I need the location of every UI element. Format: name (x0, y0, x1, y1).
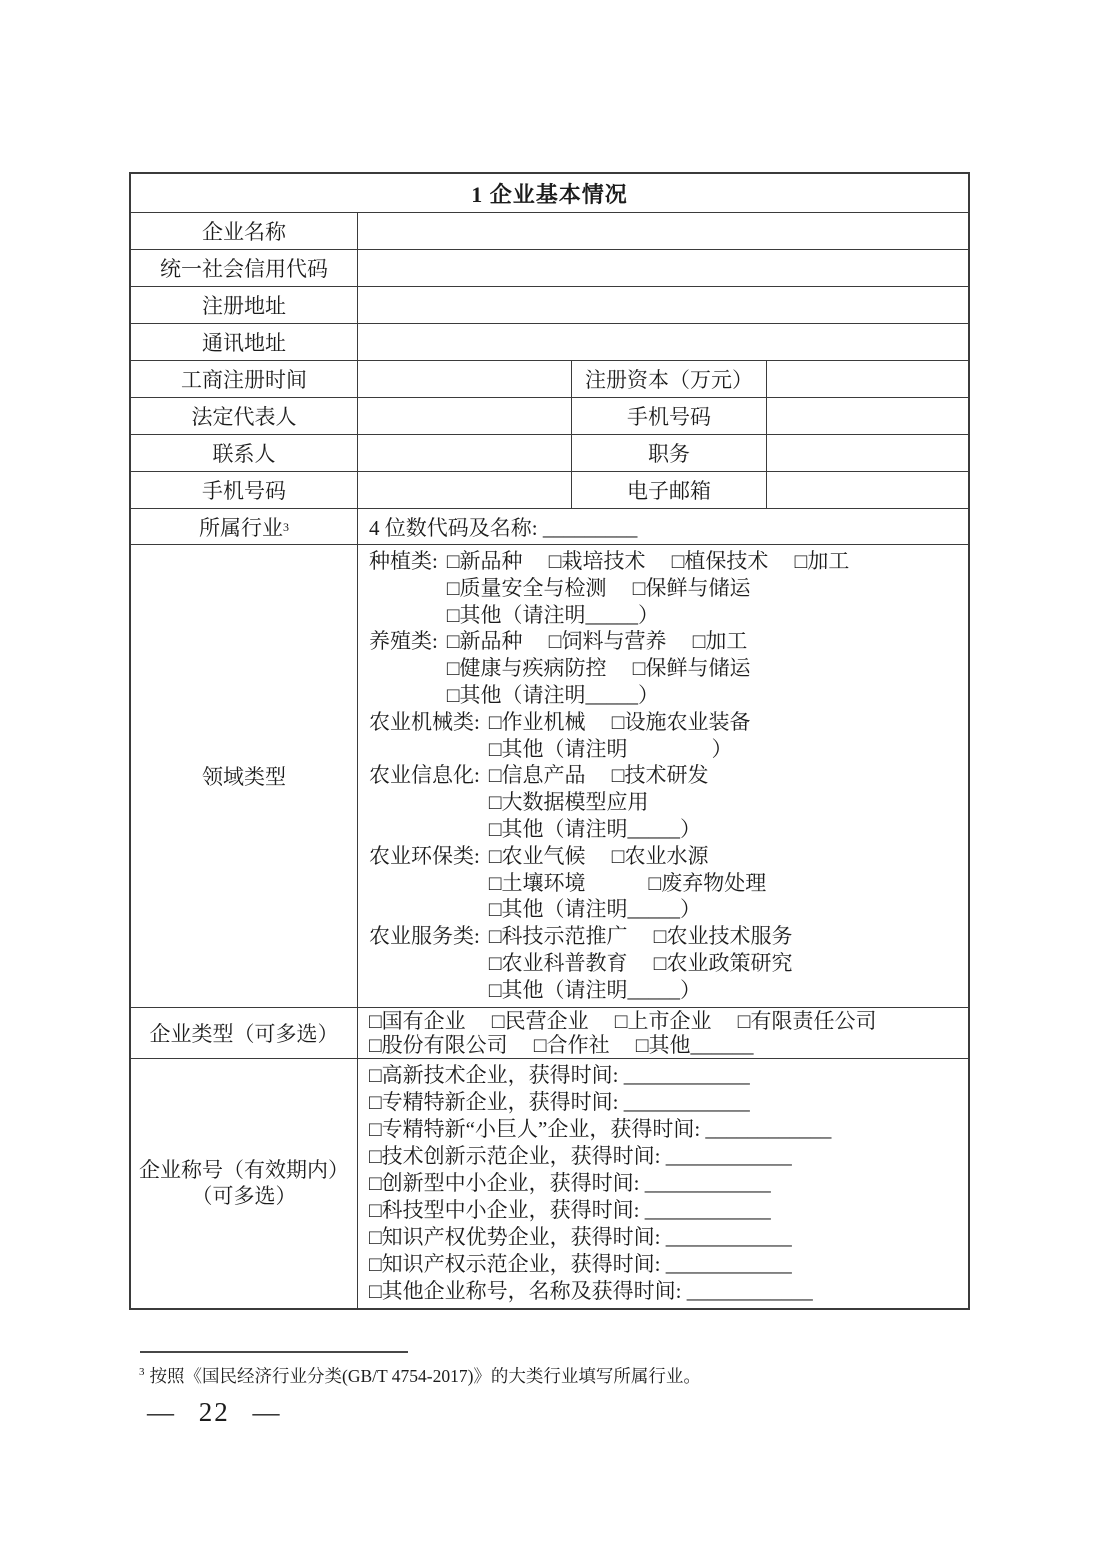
group-label: 农业服务类: (369, 923, 480, 1003)
checkbox-line: □新品种 □栽培技术 □植保技术 □加工 (447, 548, 850, 575)
checkbox-line: □知识产权优势企业，获得时间: ____________ (369, 1224, 957, 1251)
row-label: 手机号码 (131, 472, 358, 508)
domain-group-services: 农业服务类: □科技示范推广 □农业技术服务 □农业科普教育 □农业政策研究 □… (369, 923, 957, 1003)
group-label: 农业机械类: (369, 709, 480, 763)
footnote-separator (140, 1351, 408, 1353)
row-label: 职务 (572, 435, 767, 471)
table-row-enterprise-type: 企业类型（可多选） □国有企业 □民营企业 □上市企业 □有限责任公司 □股份有… (131, 1007, 968, 1058)
checkbox-line: □科技示范推广 □农业技术服务 (489, 923, 793, 950)
honor-label-line: 企业称号（有效期内） (139, 1157, 349, 1183)
checkbox-line: □知识产权示范企业，获得时间: ____________ (369, 1251, 957, 1278)
table-row-mobile-email: 手机号码 电子邮箱 (131, 471, 968, 508)
checkbox-line: □质量安全与检测 □保鲜与储运 (447, 575, 850, 602)
page-number: — 22 — (147, 1397, 282, 1428)
group-options: □新品种 □栽培技术 □植保技术 □加工 □质量安全与检测 □保鲜与储运 □其他… (447, 548, 850, 628)
row-label: 企业称号（有效期内） （可多选） (131, 1059, 358, 1308)
row-value-blank (767, 472, 968, 508)
checkbox-line: □信息产品 □技术研发 (489, 762, 709, 789)
checkbox-line: □农业科普教育 □农业政策研究 (489, 950, 793, 977)
checkbox-line: □作业机械 □设施农业装备 (489, 709, 751, 736)
checkbox-line: □健康与疾病防控 □保鲜与储运 (447, 655, 751, 682)
row-value-blank (767, 435, 968, 471)
group-options: □科技示范推广 □农业技术服务 □农业科普教育 □农业政策研究 □其他（请注明_… (489, 923, 793, 1003)
row-value-blank (358, 213, 968, 249)
row-label: 所属行业3 (131, 509, 358, 544)
group-options: □信息产品 □技术研发 □大数据模型应用 □其他（请注明_____） (489, 762, 709, 842)
enterprise-honor-options: □高新技术企业，获得时间: ____________ □专精特新企业，获得时间:… (358, 1059, 968, 1308)
table-row-domain-type: 领域类型 种植类: □新品种 □栽培技术 □植保技术 □加工 □质量安全与检测 … (131, 544, 968, 1007)
row-label: 企业名称 (131, 213, 358, 249)
footnote: 3按照《国民经济行业分类(GB/T 4754-2017)》的大类行业填写所属行业… (139, 1363, 701, 1388)
row-value-blank (767, 398, 968, 434)
row-value-blank (358, 287, 968, 323)
table-row-mailing-address: 通讯地址 (131, 323, 968, 360)
table-row-legal-representative-phone: 法定代表人 手机号码 (131, 397, 968, 434)
row-label: 工商注册时间 (131, 361, 358, 397)
row-value-blank (358, 472, 572, 508)
checkbox-line: □专精特新企业，获得时间: ____________ (369, 1089, 957, 1116)
table-row-company-name: 企业名称 (131, 212, 968, 249)
row-value-blank (358, 398, 572, 434)
group-label: 农业信息化: (369, 762, 480, 842)
row-label: 注册资本（万元） (572, 361, 767, 397)
row-value-blank (358, 361, 572, 397)
checkbox-line: □国有企业 □民营企业 □上市企业 □有限责任公司 (369, 1009, 957, 1033)
row-label: 手机号码 (572, 398, 767, 434)
checkbox-line: □农业气候 □农业水源 (489, 843, 766, 870)
row-label: 领域类型 (131, 545, 358, 1007)
table-title: 1 企业基本情况 (471, 178, 628, 209)
footnote-text: 按照《国民经济行业分类(GB/T 4754-2017)》的大类行业填写所属行业。 (150, 1366, 701, 1386)
row-value-blank (358, 435, 572, 471)
domain-group-planting: 种植类: □新品种 □栽培技术 □植保技术 □加工 □质量安全与检测 □保鲜与储… (369, 548, 957, 628)
industry-code-field: 4 位数代码及名称: _________ (358, 509, 968, 544)
group-label: 养殖类: (369, 628, 438, 708)
enterprise-type-options: □国有企业 □民营企业 □上市企业 □有限责任公司 □股份有限公司 □合作社 □… (358, 1008, 968, 1058)
row-label: 联系人 (131, 435, 358, 471)
checkbox-line: □土壤环境 □废弃物处理 (489, 870, 766, 897)
checkbox-line: □其他（请注明_____） (489, 896, 766, 923)
table-title-row: 1 企业基本情况 (131, 174, 968, 212)
domain-group-breeding: 养殖类: □新品种 □饲料与营养 □加工 □健康与疾病防控 □保鲜与储运 □其他… (369, 628, 957, 708)
table-row-registered-address: 注册地址 (131, 286, 968, 323)
group-options: □新品种 □饲料与营养 □加工 □健康与疾病防控 □保鲜与储运 □其他（请注明_… (447, 628, 751, 708)
checkbox-line: □专精特新“小巨人”企业，获得时间: ____________ (369, 1116, 957, 1143)
checkbox-line: □股份有限公司 □合作社 □其他______ (369, 1033, 957, 1057)
checkbox-line: □其他（请注明_____） (447, 682, 751, 709)
checkbox-line: □科技型中小企业，获得时间: ____________ (369, 1197, 957, 1224)
domain-group-machinery: 农业机械类: □作业机械 □设施农业装备 □其他（请注明 ） (369, 709, 957, 763)
table-row-contact-person-position: 联系人 职务 (131, 434, 968, 471)
row-label: 通讯地址 (131, 324, 358, 360)
domain-group-informatization: 农业信息化: □信息产品 □技术研发 □大数据模型应用 □其他（请注明_____… (369, 762, 957, 842)
row-label: 电子邮箱 (572, 472, 767, 508)
row-value-blank (358, 324, 968, 360)
row-label: 企业类型（可多选） (131, 1008, 358, 1058)
table-row-registration-time-capital: 工商注册时间 注册资本（万元） (131, 360, 968, 397)
checkbox-line: □其他（请注明_____） (447, 602, 850, 629)
document-page: 1 企业基本情况 企业名称 统一社会信用代码 注册地址 通讯地址 工商注册时间 … (0, 0, 1102, 1559)
domain-group-environment: 农业环保类: □农业气候 □农业水源 □土壤环境 □废弃物处理 □其他（请注明_… (369, 843, 957, 923)
checkbox-line: □高新技术企业，获得时间: ____________ (369, 1062, 957, 1089)
group-options: □农业气候 □农业水源 □土壤环境 □废弃物处理 □其他（请注明_____） (489, 843, 766, 923)
checkbox-line: □其他（请注明 ） (489, 736, 751, 763)
checkbox-line: □技术创新示范企业，获得时间: ____________ (369, 1143, 957, 1170)
row-label: 注册地址 (131, 287, 358, 323)
checkbox-line: □其他企业称号，名称及获得时间: ____________ (369, 1278, 957, 1305)
row-value-blank (767, 361, 968, 397)
industry-label: 所属行业 (199, 512, 283, 542)
checkbox-line: □创新型中小企业，获得时间: ____________ (369, 1170, 957, 1197)
group-label: 种植类: (369, 548, 438, 628)
checkbox-line: □其他（请注明_____） (489, 816, 709, 843)
checkbox-line: □其他（请注明_____） (489, 977, 793, 1004)
table-row-credit-code: 统一社会信用代码 (131, 249, 968, 286)
group-options: □作业机械 □设施农业装备 □其他（请注明 ） (489, 709, 751, 763)
checkbox-line: □新品种 □饲料与营养 □加工 (447, 628, 751, 655)
row-value-blank (358, 250, 968, 286)
table-row-industry: 所属行业3 4 位数代码及名称: _________ (131, 508, 968, 544)
domain-type-options: 种植类: □新品种 □栽培技术 □植保技术 □加工 □质量安全与检测 □保鲜与储… (358, 545, 968, 1007)
row-label: 统一社会信用代码 (131, 250, 358, 286)
checkbox-line: □大数据模型应用 (489, 789, 709, 816)
row-label: 法定代表人 (131, 398, 358, 434)
table-row-enterprise-honors: 企业称号（有效期内） （可多选） □高新技术企业，获得时间: _________… (131, 1058, 968, 1308)
enterprise-basic-info-table: 1 企业基本情况 企业名称 统一社会信用代码 注册地址 通讯地址 工商注册时间 … (129, 172, 970, 1310)
footnote-marker: 3 (139, 1366, 145, 1378)
group-label: 农业环保类: (369, 843, 480, 923)
honor-label-line: （可多选） (192, 1183, 297, 1209)
